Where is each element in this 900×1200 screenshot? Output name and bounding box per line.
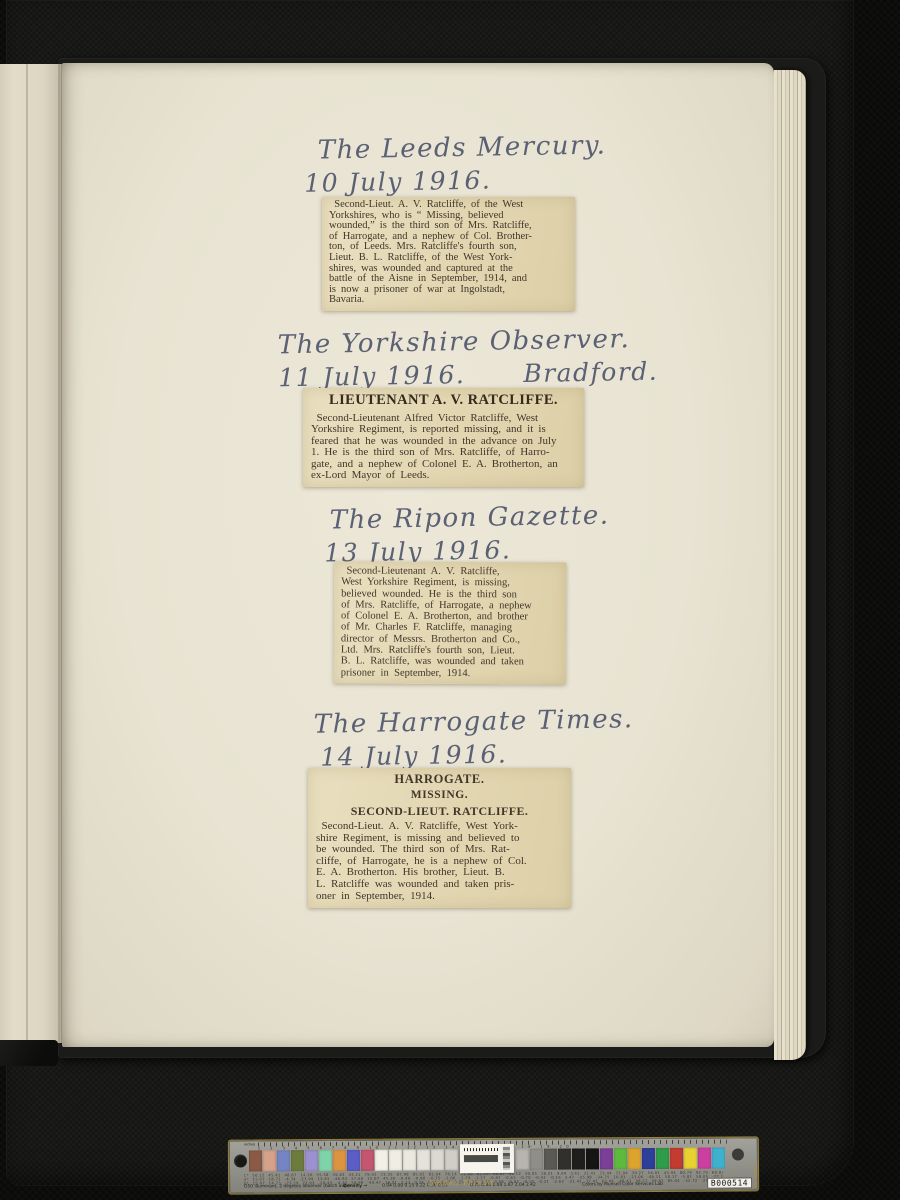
color-patch <box>656 1148 669 1169</box>
mini-resolution-target <box>460 1143 514 1172</box>
golden-thread-brand: Golden Thread <box>428 1179 494 1187</box>
news-clipping-2: LIEUTENANT A. V. RATCLIFFE. Second-Lieut… <box>303 388 584 487</box>
color-patch <box>600 1148 613 1169</box>
clipping-headline: LIEUTENANT A. V. RATCLIFFE. <box>311 392 576 409</box>
registration-dot <box>234 1155 247 1168</box>
color-patch <box>530 1149 543 1170</box>
color-patch <box>291 1150 304 1171</box>
color-patch <box>389 1150 402 1171</box>
color-patch <box>445 1149 458 1170</box>
caption-date: 10 July 1916. <box>304 165 492 197</box>
news-clipping-3: Second-Lieutenant A. V. Ratcliffe, West … <box>334 561 567 684</box>
color-patch <box>572 1148 585 1169</box>
color-patch <box>249 1150 262 1171</box>
color-calibration-bar: inches 1 2 3 4 5 6 7 8 9 10 11 12 13 14 … <box>229 1137 758 1193</box>
color-patch <box>375 1150 388 1171</box>
clipping-headline: HARROGATE. <box>316 772 563 787</box>
mini-ruler <box>464 1147 500 1150</box>
color-patch-group <box>249 1150 374 1172</box>
color-patch <box>698 1148 711 1169</box>
illuminant-label: D50 illuminant, 2 degrees observer (batc… <box>244 1184 350 1191</box>
color-patch <box>361 1150 374 1171</box>
handwritten-caption-4: The Harrogate Times. 14 July 1916. <box>313 704 634 772</box>
registration-dot <box>732 1148 744 1160</box>
album-page: The Leeds Mercury. 10 July 1916. Second-… <box>62 63 774 1047</box>
density-label: Density → <box>343 1184 367 1190</box>
page-crease <box>58 64 60 1043</box>
scan-id-label: B000514 <box>707 1177 752 1188</box>
right-page-edges <box>774 70 806 1060</box>
color-patch <box>319 1150 332 1171</box>
color-patch <box>684 1148 697 1169</box>
clipping-body: Second-Lieut. A. V. Ratcliffe, of the We… <box>329 200 568 306</box>
color-patch <box>333 1150 346 1171</box>
color-patch <box>670 1148 683 1169</box>
color-patch <box>614 1148 627 1169</box>
clipping-headline: SECOND-LIEUT. RATCLIFFE. <box>316 804 563 819</box>
caption-place: Bradford. <box>523 357 658 388</box>
caption-source: The Ripon Gazette. <box>329 501 609 536</box>
handwritten-caption-3: The Ripon Gazette. 13 July 1916. <box>329 501 610 568</box>
color-patch <box>277 1150 290 1171</box>
mini-gray-bar <box>464 1154 498 1161</box>
clipping-body: Second-Lieutenant A. V. Ratcliffe, West … <box>341 565 560 679</box>
caption-source: The Yorkshire Observer. <box>277 324 657 361</box>
color-patch <box>586 1148 599 1169</box>
news-clipping-1: Second-Lieut. A. V. Ratcliffe, of the We… <box>322 197 575 311</box>
caption-source: The Leeds Mercury. <box>317 130 606 165</box>
clipping-body: Second-Lieut. A. V. Ratcliffe, West York… <box>316 821 563 902</box>
vivid-patch-group <box>600 1148 725 1170</box>
vertical-brand-label: Per Million <box>754 1162 759 1187</box>
color-patch <box>417 1149 430 1170</box>
color-patch <box>403 1149 416 1170</box>
handwritten-caption-2: The Yorkshire Observer. 11 July 1916.Bra… <box>277 324 658 393</box>
clipping-body: Second-Lieutenant Alfred Victor Ratcliff… <box>311 413 576 481</box>
white-patch-group <box>375 1149 458 1171</box>
left-page-edge <box>0 64 62 1043</box>
bar-right-endcap <box>726 1146 752 1169</box>
clipping-headline: MISSING. <box>316 789 563 801</box>
color-patch <box>558 1149 571 1170</box>
color-patch <box>305 1150 318 1171</box>
color-patch <box>628 1148 641 1169</box>
caption-date: 14 July 1916. <box>320 739 508 771</box>
color-patch <box>712 1148 725 1169</box>
gray-patch-group <box>516 1148 599 1170</box>
news-clipping-4: HARROGATE. MISSING. SECOND-LIEUT. RATCLI… <box>308 768 571 908</box>
page-crease <box>26 64 28 1043</box>
binding-tape <box>0 1040 58 1066</box>
color-patch <box>642 1148 655 1169</box>
photographed-album-scene: The Leeds Mercury. 10 July 1916. Second-… <box>0 0 900 1200</box>
handwritten-caption-1: The Leeds Mercury. 10 July 1916. <box>317 130 607 197</box>
munsell-label: Colors by Munsell Color Services Lab <box>582 1182 663 1188</box>
color-patch <box>347 1150 360 1171</box>
caption-source: The Harrogate Times. <box>313 704 633 740</box>
ruler-label: inches <box>244 1142 255 1146</box>
color-patch <box>431 1149 444 1170</box>
color-patch <box>544 1149 557 1170</box>
color-patch <box>263 1150 276 1171</box>
color-patch <box>516 1149 529 1170</box>
mini-patch-column <box>503 1146 510 1169</box>
bar-left-endcap <box>232 1154 249 1167</box>
